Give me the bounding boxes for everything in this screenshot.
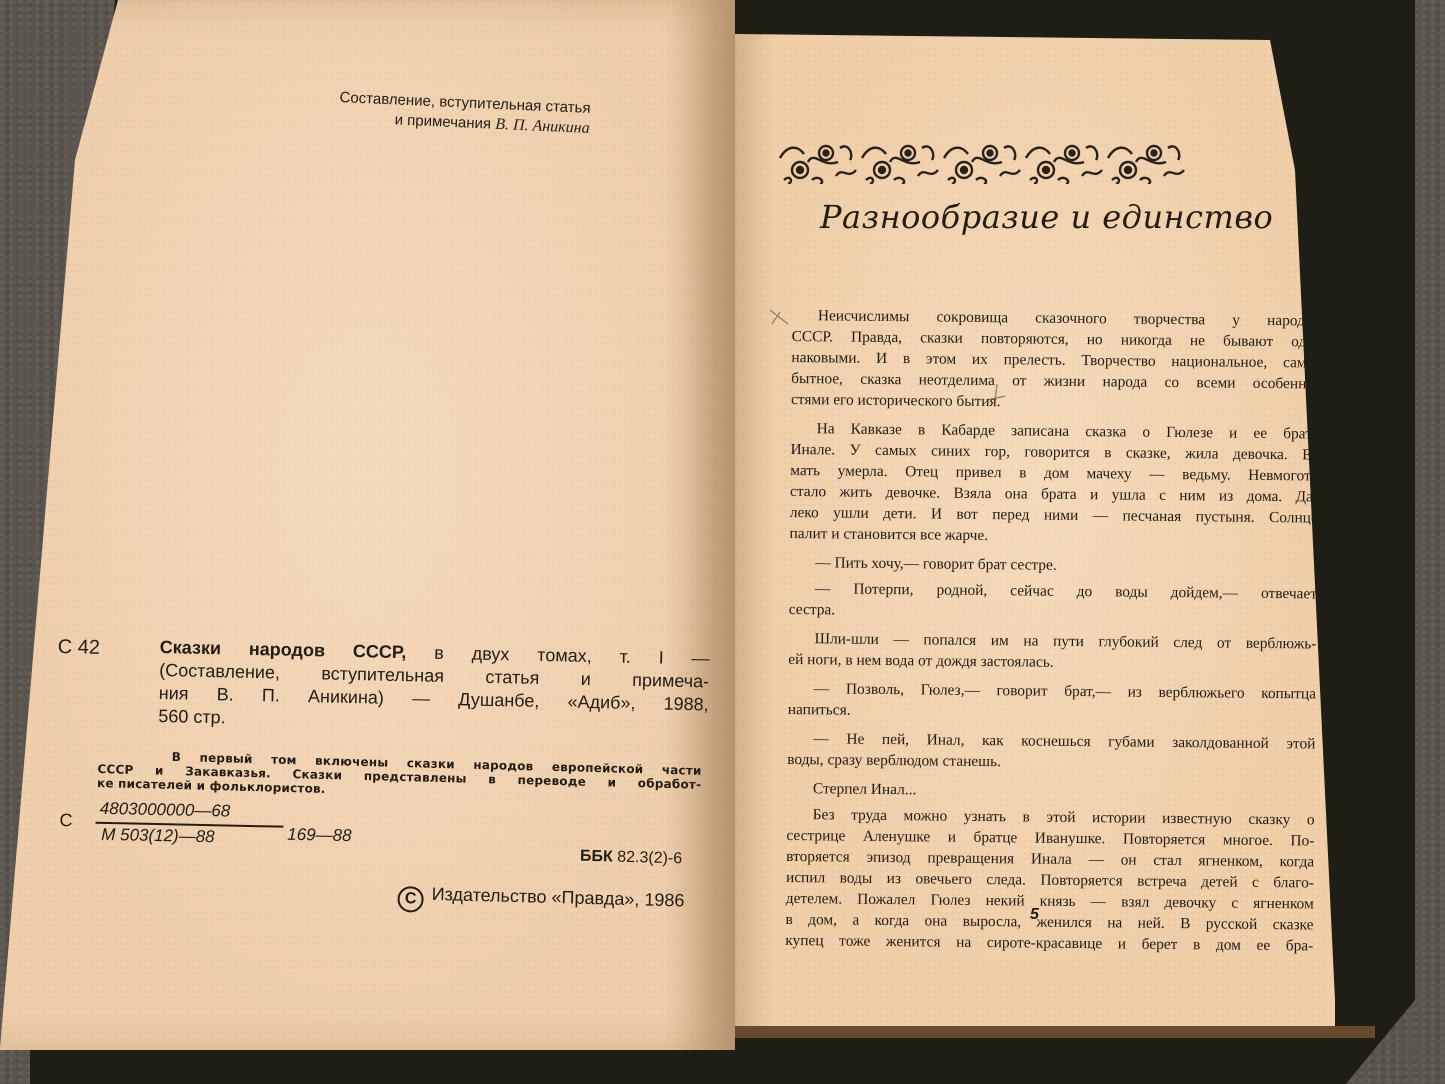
catalog-line: 560 стр. (158, 706, 226, 727)
page-number: 5 (1030, 906, 1039, 924)
bbk-code: ББК 82.3(2)-6 (580, 848, 683, 869)
index-suffix: 169—88 (287, 825, 352, 846)
credit-author: В. П. Аникина (495, 116, 590, 137)
paragraph: Без труда можно узнать в этой истории из… (785, 804, 1315, 957)
floral-border-icon (778, 140, 1188, 184)
credit-prefix: и примечания (394, 111, 491, 132)
catalog-entry: Сказки народов СССР, в двух томах, т. I … (158, 636, 710, 739)
page-edge (735, 1026, 1375, 1038)
paragraph: — Позволь, Гюлез,— говорит брат,— из вер… (788, 678, 1316, 726)
paragraph: Шли-шли — попался им на пути глубокий сл… (788, 628, 1316, 676)
index-numerator: 4803000000—68 (100, 799, 231, 822)
chapter-body: Неисчислимы сокровища сказочного творчес… (785, 305, 1320, 964)
bbk-label: ББК (580, 848, 613, 866)
catalog-title: Сказки народов СССР, (160, 637, 407, 662)
paragraph: — Не пей, Инал, как коснешься губами зак… (787, 728, 1315, 776)
copyright-icon: C (397, 886, 424, 913)
bbk-value: 82.3(2)-6 (617, 849, 682, 868)
paragraph: Стерпел Инал... (787, 778, 1315, 805)
text-line: — Пить хочу,— говорит брат сестре. (789, 552, 1317, 579)
index-denominator: М 503(12)—88 (101, 825, 215, 847)
paragraph: Неисчислимы сокровища сказочного творчес… (791, 305, 1320, 416)
chapter-title: Разнообразие и единство (820, 198, 1273, 236)
index-letter: С (59, 810, 72, 831)
paragraph: — Пить хочу,— говорит брат сестре. (789, 552, 1317, 579)
paragraph: На Кавказе в Кабарде записана сказка о Г… (789, 418, 1318, 550)
text-line: Стерпел Инал... (787, 778, 1315, 805)
catalog-code: С 42 (58, 636, 101, 660)
paragraph: — Потерпи, родной, сейчас до воды дойдем… (789, 578, 1317, 626)
pencil-x-mark-icon (768, 306, 790, 328)
text-line: купец тоже женится на сироте-красавице и… (785, 930, 1313, 957)
